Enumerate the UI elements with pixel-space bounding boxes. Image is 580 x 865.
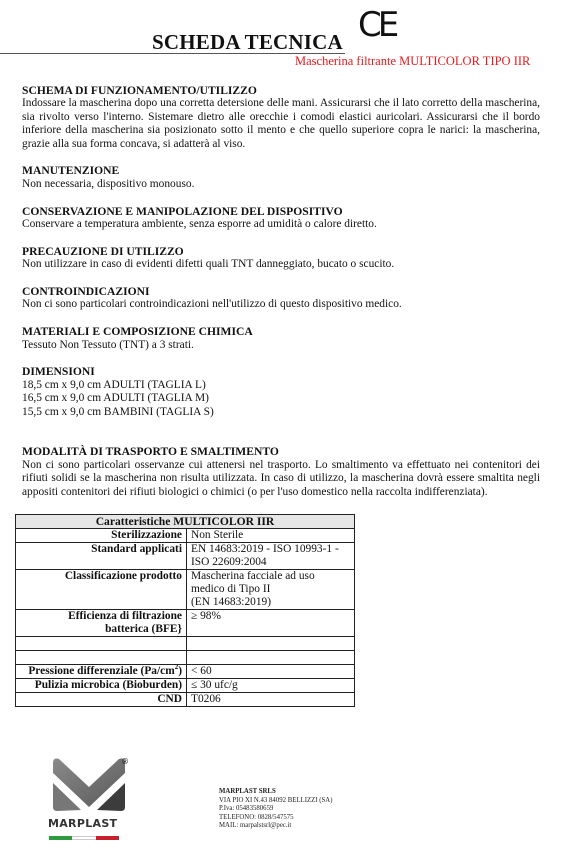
section-maintenance: MANUTENZIONE Non necessaria, dispositivo… xyxy=(22,164,540,191)
section-heading: PRECAUZIONE DI UTILIZZO xyxy=(22,245,540,258)
ce-mark-icon: CE xyxy=(358,8,395,42)
section-storage: CONSERVAZIONE E MANIPOLAZIONE DEL DISPOS… xyxy=(22,205,540,232)
table-row-empty xyxy=(16,651,355,665)
table-row: Standard applicati EN 14683:2019 - ISO 1… xyxy=(16,543,355,570)
company-info: MARPLAST SRLS VIA PIO XI N.43 84092 BELL… xyxy=(219,788,332,831)
section-text: Indossare la mascherina dopo una corrett… xyxy=(22,97,540,151)
company-mail: MAIL: marpalstsrl@pec.it xyxy=(219,822,332,831)
spec-value: ≤ 30 ufc/g xyxy=(187,679,355,693)
logo-wordmark: MARPLAST xyxy=(48,817,117,830)
spec-value: EN 14683:2019 - ISO 10993-1 - ISO 22609:… xyxy=(187,543,355,570)
section-heading: CONSERVAZIONE E MANIPOLAZIONE DEL DISPOS… xyxy=(22,205,540,218)
spec-value: < 60 xyxy=(187,665,355,679)
section-transport-disposal: MODALITÀ DI TRASPORTO E SMALTIMENTO Non … xyxy=(22,445,540,499)
section-text: Tessuto Non Tessuto (TNT) a 3 strati. xyxy=(22,339,540,352)
spec-key: CND xyxy=(16,693,187,707)
italian-flag-stripe xyxy=(49,836,119,840)
section-materials: MATERIALI E COMPOSIZIONE CHIMICA Tessuto… xyxy=(22,325,540,352)
section-heading: CONTROINDICAZIONI xyxy=(22,285,540,298)
spec-value: T0206 xyxy=(187,693,355,707)
table-row: Efficienza di filtrazione batterica (BFE… xyxy=(16,610,355,637)
table-row: Sterilizzazione Non Sterile xyxy=(16,529,355,543)
company-name: MARPLAST SRLS xyxy=(219,788,332,797)
spec-key: Pulizia microbica (Bioburden) xyxy=(16,679,187,693)
section-usage: SCHEMA DI FUNZIONAMENTO/UTILIZZO Indossa… xyxy=(22,84,540,151)
company-address: VIA PIO XI N.43 84092 BELLIZZI (SA) xyxy=(219,797,332,806)
section-text: Non ci sono particolari controindicazion… xyxy=(22,298,540,311)
dimension-line: 15,5 cm x 9,0 cm BAMBINI (TAGLIA S) xyxy=(22,406,540,419)
page-title: SCHEDA TECNICA xyxy=(152,30,343,55)
spec-key: Sterilizzazione xyxy=(16,529,187,543)
spec-value xyxy=(187,637,355,651)
section-contraindications: CONTROINDICAZIONI Non ci sono particolar… xyxy=(22,285,540,312)
spec-value: ≥ 98% xyxy=(187,610,355,637)
spec-key xyxy=(16,637,187,651)
product-subtitle: Mascherina filtrante MULTICOLOR TIPO IIR xyxy=(295,54,530,69)
section-heading: MANUTENZIONE xyxy=(22,164,540,177)
specs-table-title: Caratteristiche MULTICOLOR IIR xyxy=(16,515,355,529)
spec-key: Pressione differenziale (Pa/cm2) xyxy=(16,665,187,679)
section-text: Non utilizzare in caso di evidenti difet… xyxy=(22,258,540,271)
spec-key xyxy=(16,651,187,665)
spec-key: Standard applicati xyxy=(16,543,187,570)
section-heading: MATERIALI E COMPOSIZIONE CHIMICA xyxy=(22,325,540,338)
section-text: 18,5 cm x 9,0 cm ADULTI (TAGLIA L) 16,5 … xyxy=(22,379,540,419)
section-text: Non necessaria, dispositivo monouso. xyxy=(22,178,540,191)
spec-value xyxy=(187,651,355,665)
section-precautions: PRECAUZIONE DI UTILIZZO Non utilizzare i… xyxy=(22,245,540,272)
table-row-empty xyxy=(16,637,355,651)
section-text: Non ci sono particolari osservanze cui a… xyxy=(22,459,540,499)
section-heading: DIMENSIONI xyxy=(22,365,540,378)
dimension-line: 18,5 cm x 9,0 cm ADULTI (TAGLIA L) xyxy=(22,379,540,392)
section-heading: MODALITÀ DI TRASPORTO E SMALTIMENTO xyxy=(22,445,540,458)
table-row: Pulizia microbica (Bioburden) ≤ 30 ufc/g xyxy=(16,679,355,693)
table-row: CND T0206 xyxy=(16,693,355,707)
dimension-line: 16,5 cm x 9,0 cm ADULTI (TAGLIA M) xyxy=(22,392,540,405)
table-row: Pressione differenziale (Pa/cm2) < 60 xyxy=(16,665,355,679)
company-vat: P.Iva: 05483580659 xyxy=(219,805,332,814)
spec-key: Efficienza di filtrazione batterica (BFE… xyxy=(16,610,187,637)
document-body: SCHEMA DI FUNZIONAMENTO/UTILIZZO Indossa… xyxy=(22,84,540,512)
section-heading: SCHEMA DI FUNZIONAMENTO/UTILIZZO xyxy=(22,84,540,97)
registered-mark: ® xyxy=(121,757,129,766)
section-text: Conservare a temperatura ambiente, senza… xyxy=(22,218,540,231)
spec-key: Classificazione prodotto xyxy=(16,570,187,610)
header-divider xyxy=(0,53,345,54)
specs-table: Caratteristiche MULTICOLOR IIR Sterilizz… xyxy=(15,514,355,707)
spec-value: Mascherina facciale ad uso medico di Tip… xyxy=(187,570,355,610)
section-dimensions: DIMENSIONI 18,5 cm x 9,0 cm ADULTI (TAGL… xyxy=(22,365,540,419)
company-phone: TELEFONO: 0828/547575 xyxy=(219,814,332,823)
table-row: Classificazione prodotto Mascherina facc… xyxy=(16,570,355,610)
spec-value: Non Sterile xyxy=(187,529,355,543)
